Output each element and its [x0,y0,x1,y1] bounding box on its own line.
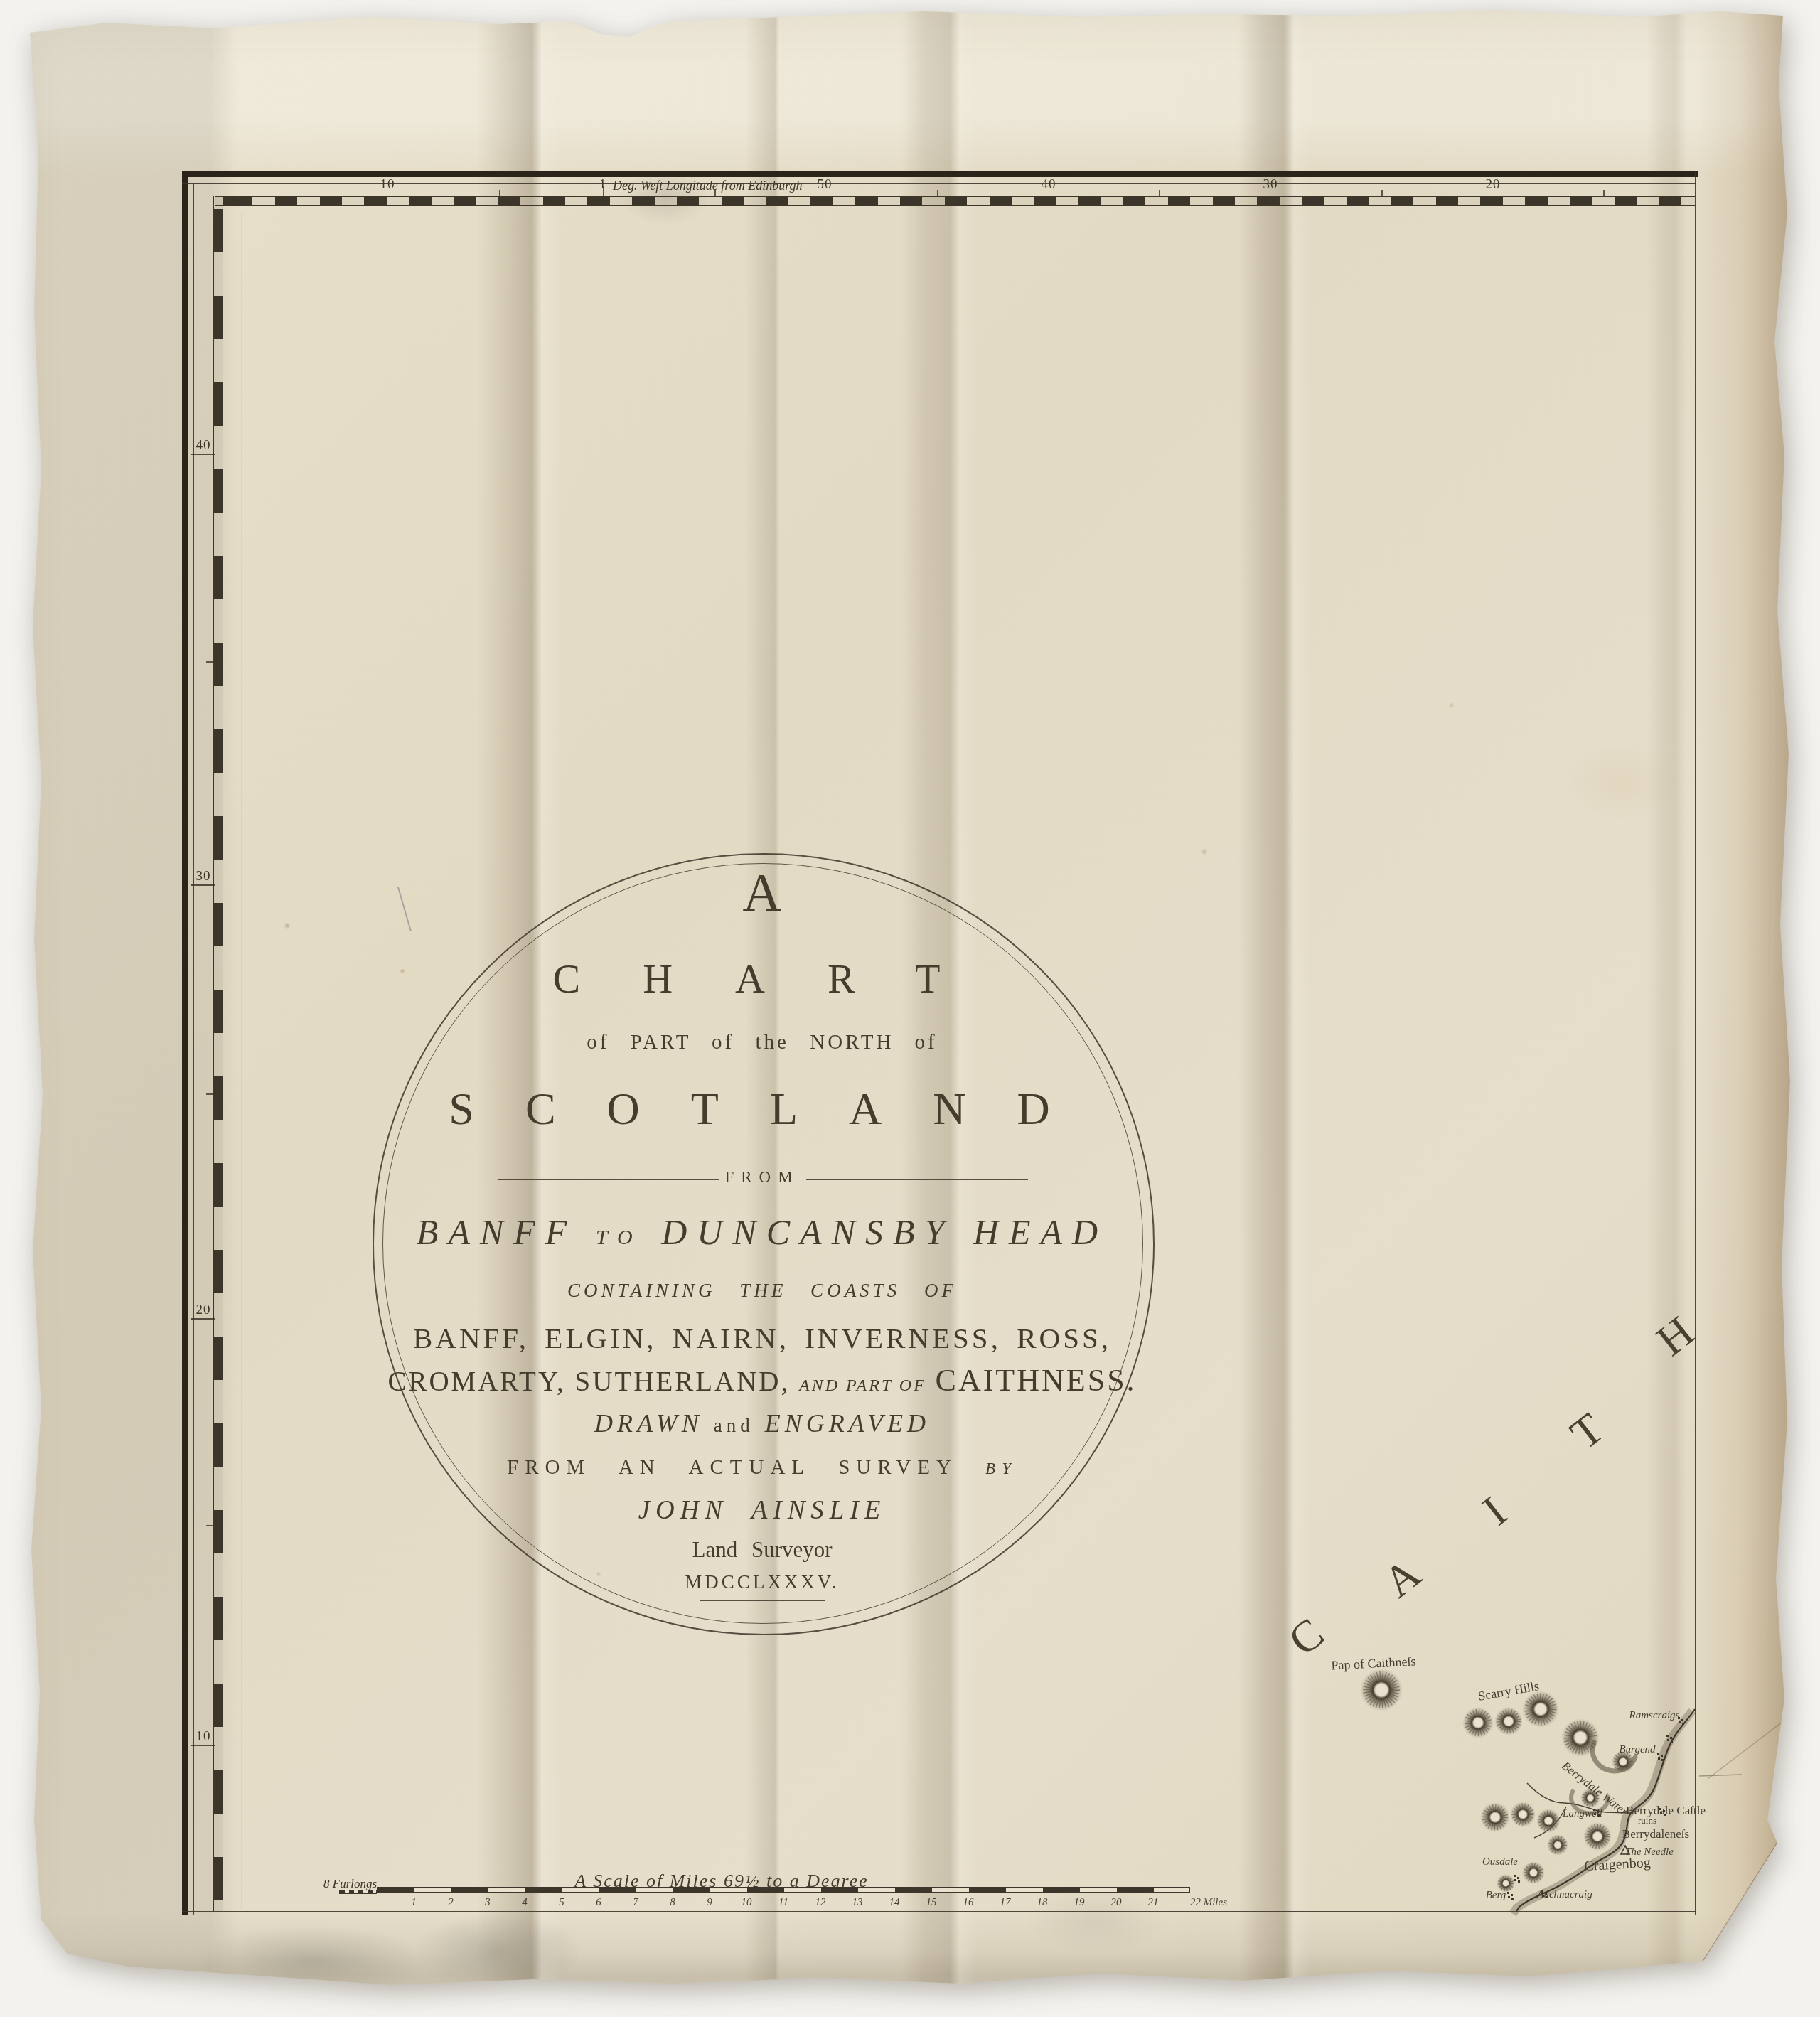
settlement-dot [1661,1755,1663,1757]
place-name-label: Auchnacraig [1537,1889,1592,1901]
right-margin-diagonal-crease [1708,1715,1792,1779]
right-margin-crease-line [1699,1775,1742,1776]
map-sheet-paper: 1 Deg. Weſt Longitude from Edinburgh 105… [0,0,1820,2017]
settlement-dot [1670,1737,1672,1739]
coast-map-art [0,0,1820,2017]
place-name-label: Ramscraigs [1629,1710,1680,1722]
settlement-dot [1511,1894,1513,1896]
settlement-dot [1682,1723,1684,1725]
place-name-label: Langwell [1563,1808,1602,1820]
settlement-dot [1671,1740,1673,1743]
settlement-dot [1666,1735,1669,1737]
paper-shadow-wrap: 1 Deg. Weſt Longitude from Edinburgh 105… [0,0,1820,2017]
place-name-label: Berg [1486,1890,1506,1902]
settlement-dot [1661,1759,1664,1761]
dog-ear-fold-line [1703,1843,1777,1961]
settlement-dot [1517,1877,1519,1879]
settlement-dot [1507,1892,1509,1894]
dog-ear-fold-shade [1703,1843,1782,1961]
settlement-dot [1511,1898,1514,1900]
settlement-dot [1514,1875,1516,1877]
settlement-dot [1657,1753,1659,1755]
settlement-dot [1658,1757,1660,1760]
place-name-label: Craigenbog [1584,1855,1651,1875]
place-name-label: ruins [1638,1815,1656,1826]
scanned-map-sheet-stage: 1 Deg. Weſt Longitude from Edinburgh 105… [0,0,1820,2017]
settlement-dot [1518,1880,1520,1883]
pencil-scratch-mark [398,887,411,931]
place-name-label: Burgend [1619,1744,1655,1756]
settlement-dot [1667,1739,1669,1741]
place-name-label: Ousdale [1482,1856,1518,1868]
place-name-label: Berrydaleneſs [1622,1827,1689,1841]
settlement-dot [1508,1896,1510,1898]
settlement-dot [1681,1719,1683,1721]
settlement-dot [1514,1879,1516,1881]
